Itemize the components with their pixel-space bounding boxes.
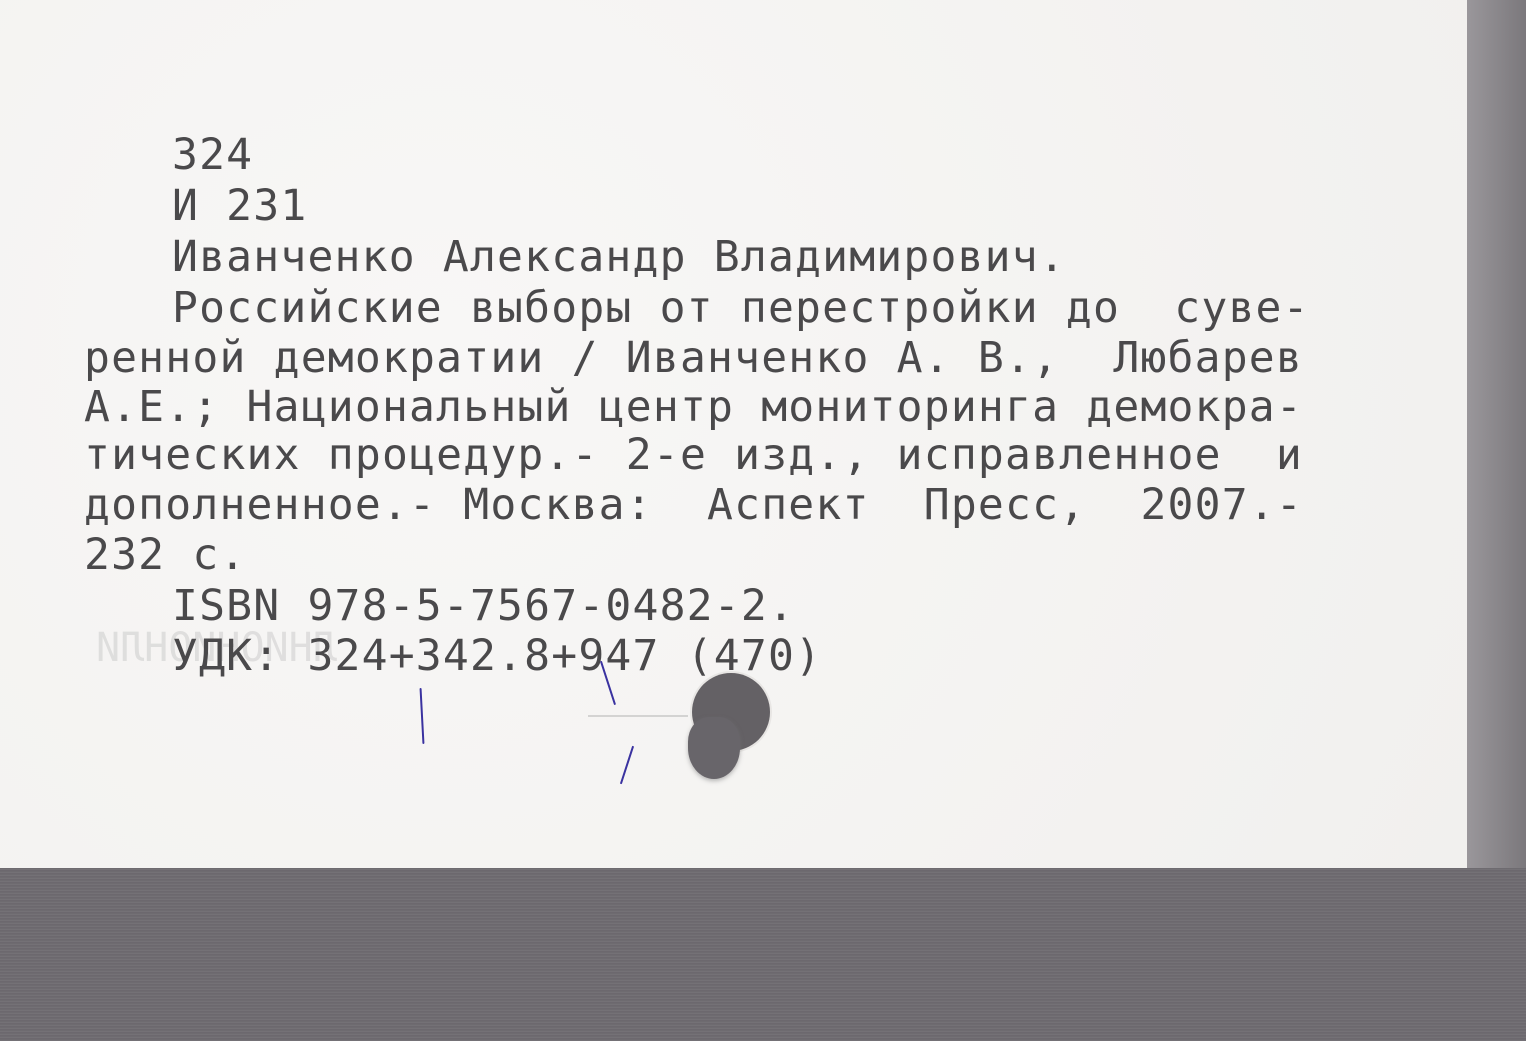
description-line: дополненное.- Москва: Аспект Пресс, 2007… bbox=[84, 484, 1303, 527]
author-mark: И 231 bbox=[172, 185, 307, 228]
description-line: 232 с. bbox=[84, 534, 247, 577]
ink-mark bbox=[420, 688, 425, 744]
description-line: ренной демократии / Иванченко А. В., Люб… bbox=[84, 337, 1303, 380]
description-line: А.Е.; Национальный центр мониторинга дем… bbox=[84, 386, 1303, 429]
description-line: Российские выборы от перестройки до суве… bbox=[172, 287, 1310, 330]
catalog-card: ЛНИОНИОНЛИ 324 И 231 Иванченко Александр… bbox=[0, 0, 1467, 868]
isbn: ISBN 978-5-7567-0482-2. bbox=[172, 585, 795, 628]
author-heading: Иванченко Александр Владимирович. bbox=[172, 236, 1066, 279]
card-punch-hole bbox=[688, 673, 770, 783]
ink-mark bbox=[620, 746, 634, 785]
udc-code: УДК: 324+342.8+947 (470) bbox=[172, 635, 822, 678]
card-edge-shadow bbox=[1467, 0, 1526, 868]
description-line: тических процедур.- 2-е изд., исправленн… bbox=[84, 434, 1303, 477]
pencil-line bbox=[588, 715, 688, 717]
classification-number: 324 bbox=[172, 134, 253, 177]
